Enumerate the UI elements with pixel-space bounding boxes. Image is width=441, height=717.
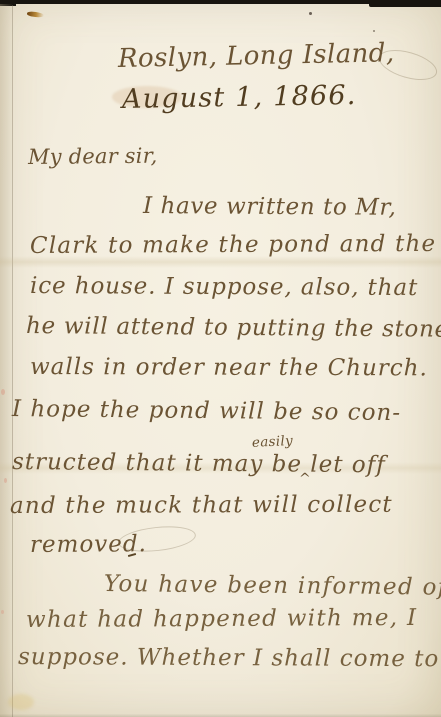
body-line: what had happened with me, I xyxy=(26,607,417,632)
body-line: ice house. I suppose, also, that xyxy=(30,275,418,300)
body-line: he will attend to putting the stone xyxy=(26,315,441,342)
pink-fleck xyxy=(1,610,4,614)
stain-bottom-left xyxy=(8,694,34,710)
body-line: removed. xyxy=(30,533,147,557)
body-line: and the muck that will collect xyxy=(10,494,393,518)
body-line: I have written to Mr, xyxy=(143,195,397,220)
scan-border-top-right xyxy=(369,0,441,7)
body-line: walls in order near the Church. xyxy=(30,356,428,380)
date-line: August 1, 1866. xyxy=(122,82,357,113)
place-line: Roslyn, Long Island, xyxy=(118,40,395,72)
body-line: Clark to make the pond and the xyxy=(30,233,436,258)
paper-crease-line xyxy=(12,5,13,717)
foxing-mark xyxy=(27,11,44,18)
ink-dot xyxy=(309,12,312,15)
body-line: suppose. Whether I shall come to xyxy=(18,646,439,671)
pink-fleck xyxy=(4,478,7,483)
body-line: You have been informed of xyxy=(104,573,441,600)
body-line: I hope the pond will be so con- xyxy=(12,398,401,425)
inserted-word: easily xyxy=(252,435,294,451)
body-line: structed that it may be let off xyxy=(12,451,386,477)
salutation-line: My dear sir, xyxy=(28,146,158,168)
letter-scan: Roslyn, Long Island, August 1, 1866. My … xyxy=(0,0,441,717)
pink-fleck xyxy=(1,389,5,395)
ink-dot xyxy=(373,30,375,32)
